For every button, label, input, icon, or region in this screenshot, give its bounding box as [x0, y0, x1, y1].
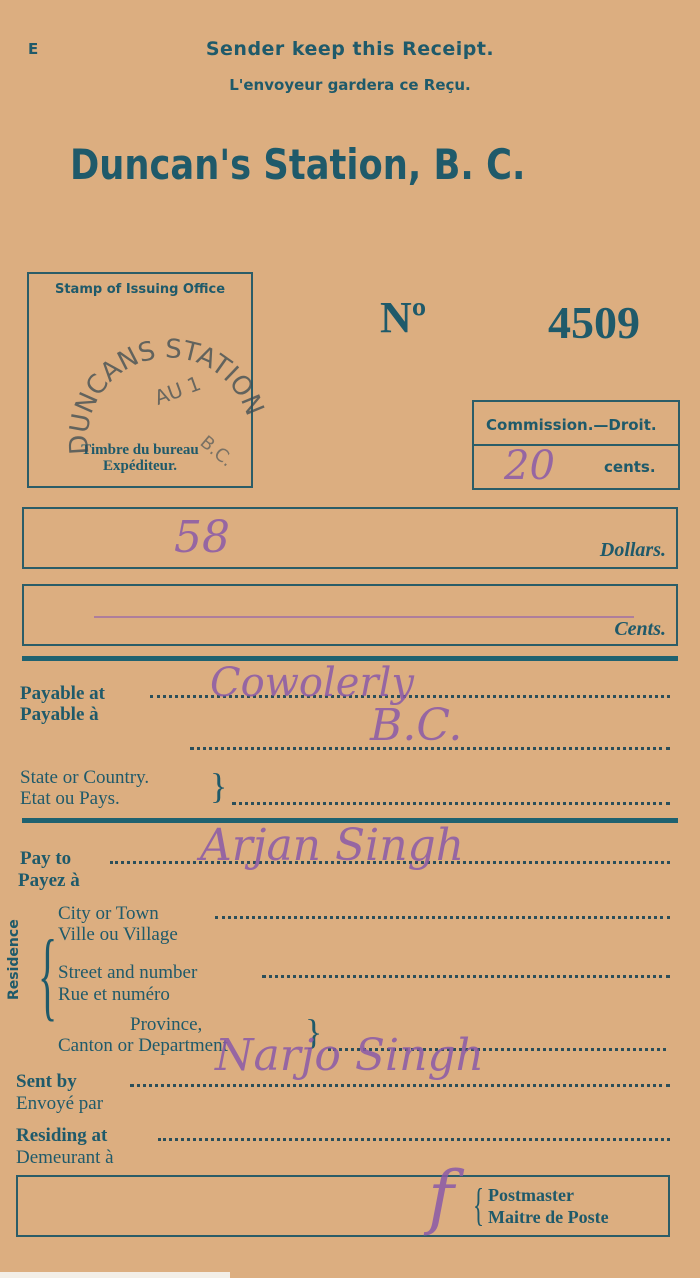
- residing-line: [158, 1138, 670, 1141]
- payable-label-en: Payable at: [20, 684, 105, 704]
- street-line: [262, 975, 670, 978]
- province-label-1: Province,: [130, 1015, 202, 1035]
- dollars-value[interactable]: 58: [174, 513, 230, 563]
- residing-label-fr: Demeurant à: [16, 1148, 114, 1168]
- postmaster-brace: {: [473, 1175, 484, 1235]
- number-label: Nº: [380, 292, 426, 343]
- residence-brace: {: [38, 900, 57, 1050]
- residence-side-label: Residence: [6, 890, 22, 1000]
- postmaster-signature[interactable]: f: [428, 1157, 454, 1237]
- state-brace: }: [210, 766, 227, 806]
- commission-label: Commission.—Droit.: [486, 416, 657, 434]
- street-label-en: Street and number: [58, 963, 197, 983]
- postmaster-box: f { Postmaster Maitre de Poste: [16, 1175, 670, 1237]
- street-label-fr: Rue et numéro: [58, 985, 170, 1005]
- stamp-box: Stamp of Issuing Office Timbre du bureau…: [27, 272, 253, 488]
- receipt-notice-en: Sender keep this Receipt.: [0, 38, 700, 60]
- city-label-fr: Ville ou Village: [58, 925, 178, 945]
- province-label-2: Canton or Department: [58, 1036, 228, 1056]
- sentby-label-en: Sent by: [16, 1072, 77, 1092]
- sentby-line: [130, 1084, 670, 1087]
- state-label-en: State or Country.: [20, 768, 149, 788]
- state-line: [232, 802, 670, 805]
- postmaster-label-fr: Maitre de Poste: [488, 1207, 609, 1227]
- cents-value-line: [94, 616, 634, 618]
- city-label-en: City or Town: [58, 904, 159, 924]
- cents-label: Cents.: [614, 618, 666, 641]
- postmark-icon: DUNCANS STATION AU 1 B.C.: [49, 294, 279, 484]
- sentby-value[interactable]: Narjo Singh: [215, 1030, 484, 1081]
- paper-edge: [0, 1272, 230, 1278]
- receipt-number: 4509: [548, 296, 640, 349]
- payto-label-en: Pay to: [20, 849, 71, 869]
- svg-text:B.C.: B.C.: [196, 432, 237, 471]
- payto-value[interactable]: Arjan Singh: [200, 820, 464, 871]
- commission-unit: cents.: [604, 458, 656, 476]
- receipt-notice-fr: L'envoyeur gardera ce Reçu.: [0, 76, 700, 94]
- svg-text:AU 1: AU 1: [151, 371, 204, 410]
- dollars-box: 58 Dollars.: [22, 507, 678, 569]
- payto-label-fr: Payez à: [18, 871, 80, 891]
- postmaster-label-en: Postmaster: [488, 1185, 574, 1205]
- money-order-receipt: E Sender keep this Receipt. L'envoyeur g…: [0, 0, 700, 1278]
- sentby-label-fr: Envoyé par: [16, 1094, 103, 1114]
- payable-label-fr: Payable à: [20, 705, 99, 725]
- state-label-fr: Etat ou Pays.: [20, 789, 120, 809]
- office-title: Duncan's Station, B. C.: [70, 140, 525, 190]
- commission-value[interactable]: 20: [504, 444, 555, 488]
- city-line: [215, 916, 670, 919]
- payable-value-2[interactable]: B.C.: [370, 700, 462, 751]
- residing-label-en: Residing at: [16, 1126, 107, 1146]
- cents-box: Cents.: [22, 584, 678, 646]
- dollars-label: Dollars.: [600, 539, 666, 562]
- commission-box: Commission.—Droit. 20 cents.: [472, 400, 680, 490]
